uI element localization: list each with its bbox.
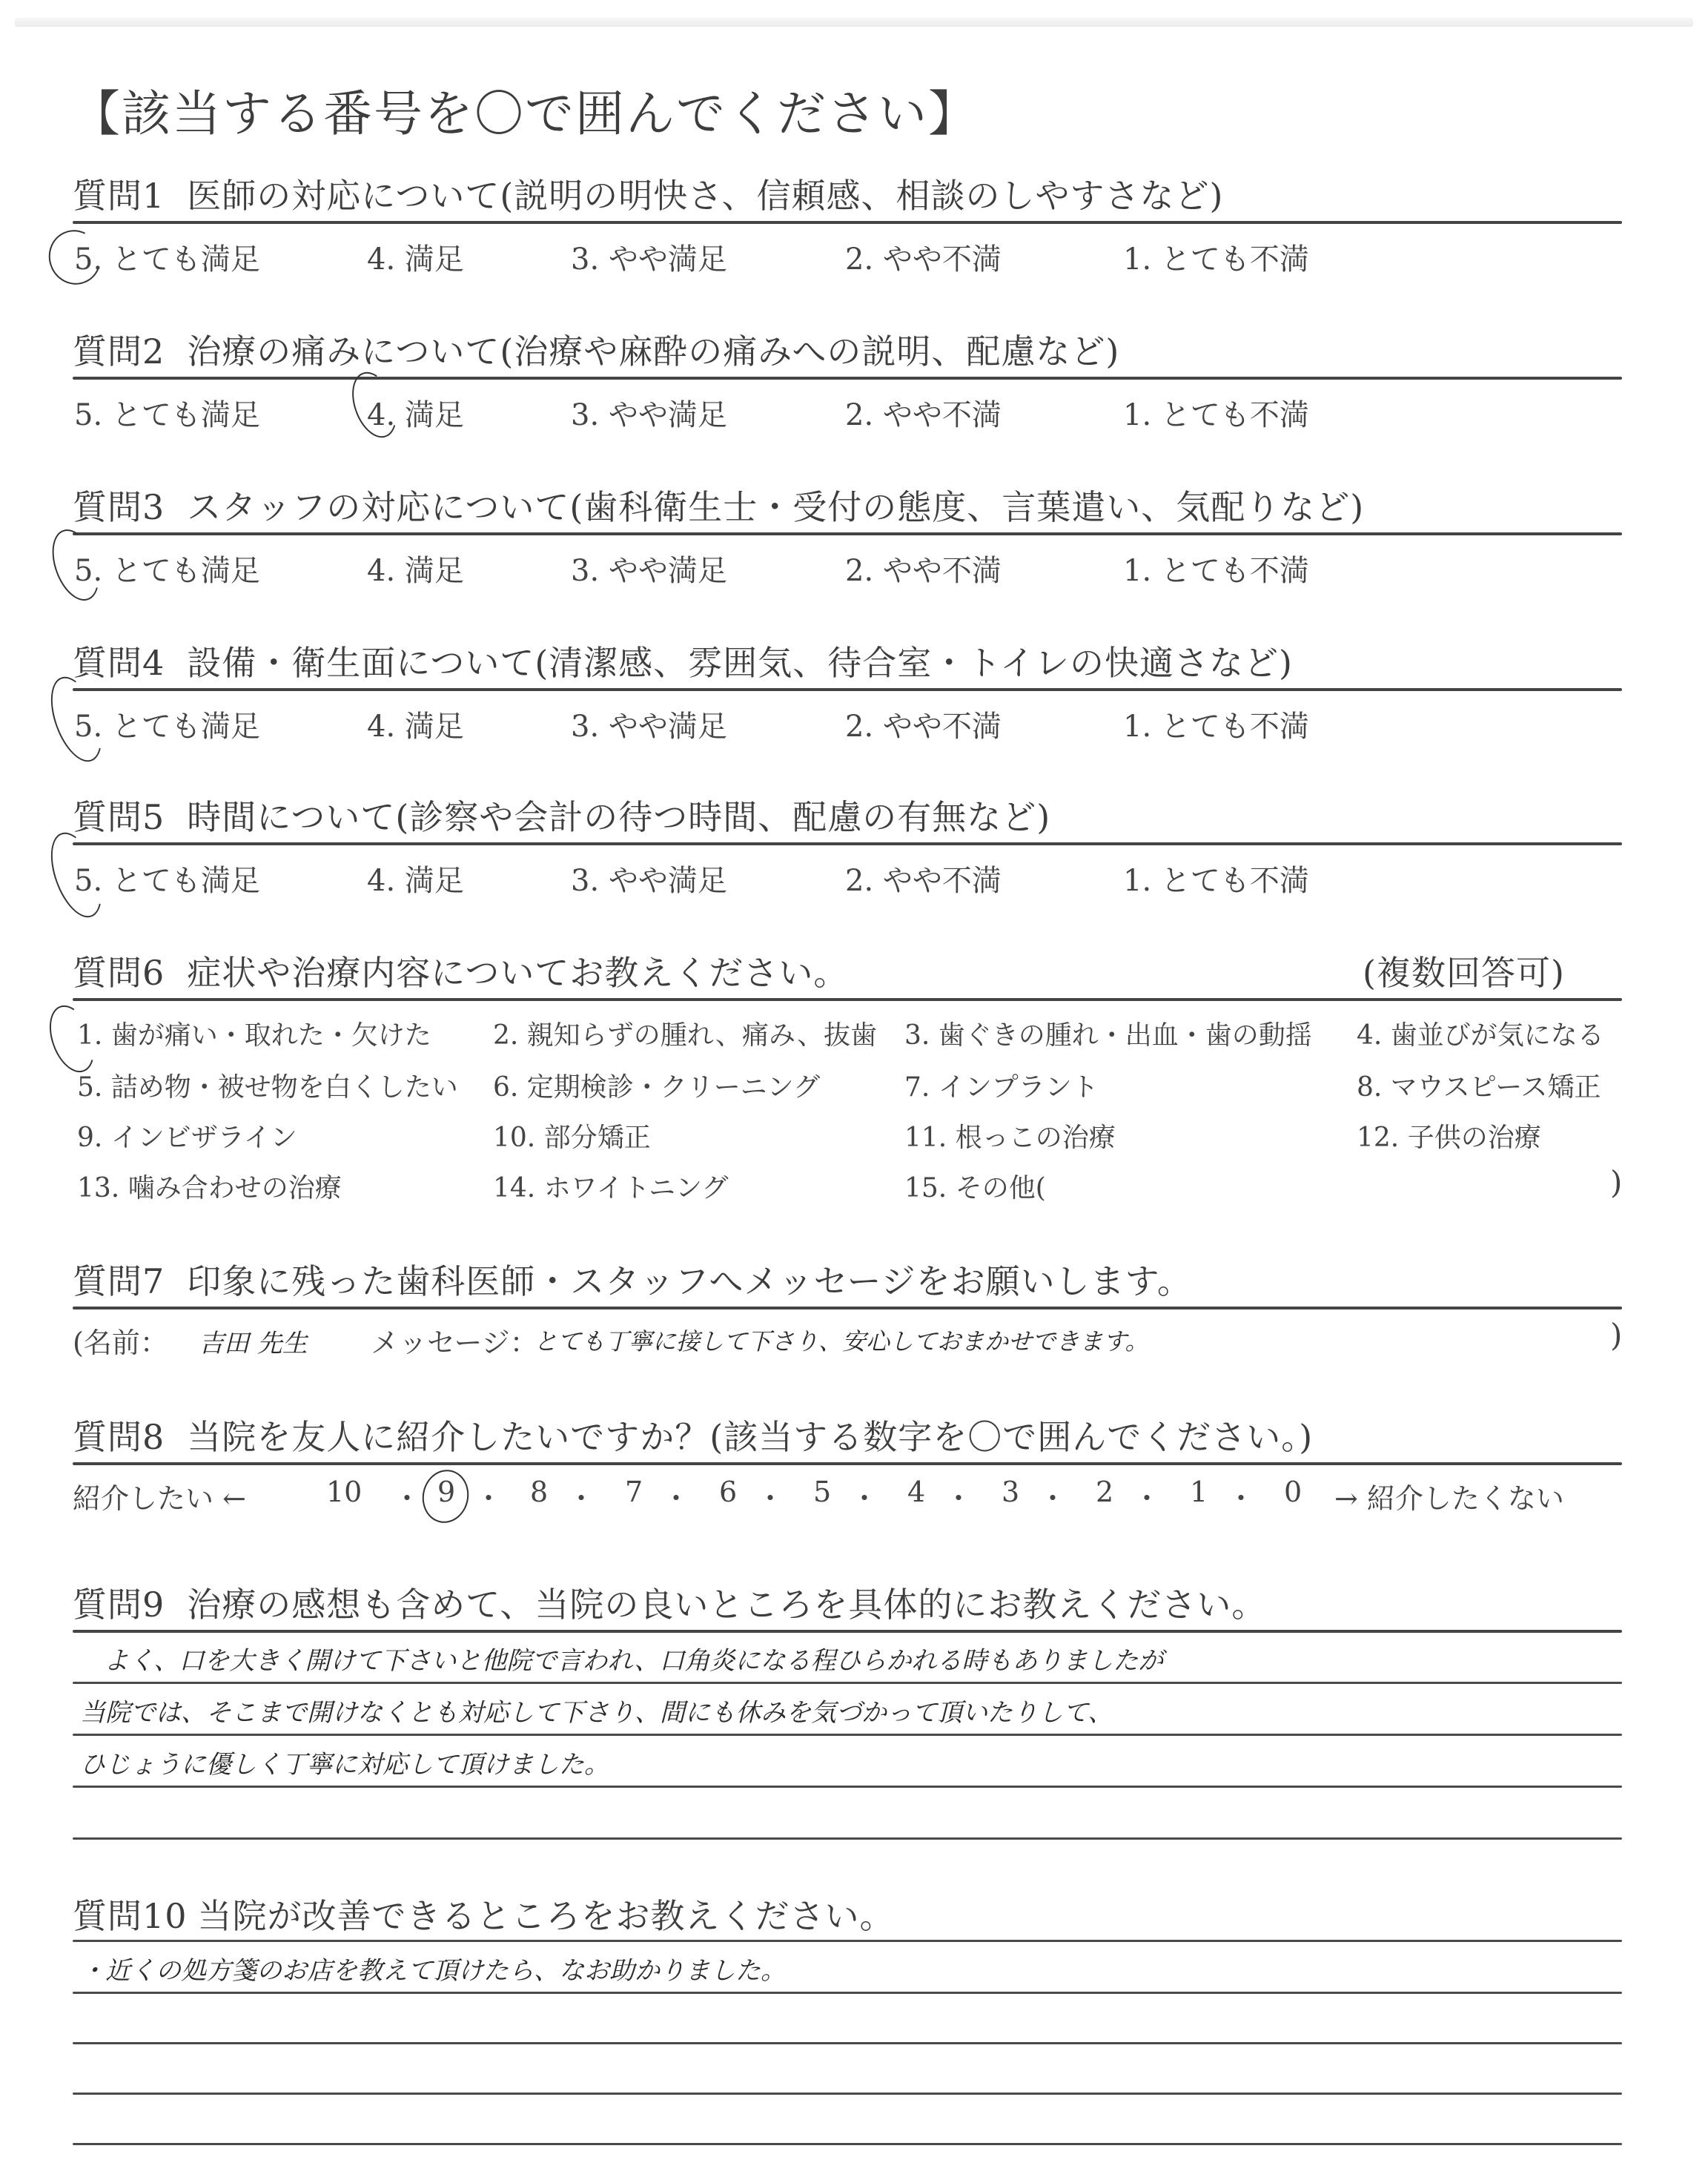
q6-option-6[interactable]: 6. 定期検診・クリーニング <box>493 1066 820 1104</box>
q6-heading: 質問6症状や治療内容についてお教えください。 <box>73 946 848 995</box>
q9-answer-rule <box>73 1682 1622 1684</box>
q1-option-2[interactable]: 2. やや不満 <box>845 236 1002 278</box>
q8-dot: ・ <box>1227 1476 1255 1516</box>
q8-dot: ・ <box>567 1476 595 1516</box>
q8-scale-6[interactable]: 6 <box>719 1476 737 1508</box>
q8-number: 質問8 <box>73 1417 165 1457</box>
q6-option-13[interactable]: 13. 噛み合わせの治療 <box>77 1167 342 1205</box>
q2-heading: 質問2治療の痛みについて(治療や麻酔の痛みへの説明、配慮など) <box>73 325 1119 374</box>
q3-text: スタッフの対応について(歯科衛生士・受付の態度、言葉遣い、気配りなど) <box>187 487 1364 527</box>
q5-option-5[interactable]: 5. とても満足 <box>74 857 260 899</box>
q6-option-2[interactable]: 2. 親知らずの腫れ、痛み、抜歯 <box>493 1014 877 1052</box>
q8-right-label: → 紹介したくない <box>1334 1476 1564 1516</box>
q8-left-label: 紹介したい ← <box>73 1476 246 1516</box>
q8-scale-8[interactable]: 8 <box>530 1476 548 1508</box>
q10-rule <box>73 1940 1622 1942</box>
q1-option-1[interactable]: 1. とても不満 <box>1123 236 1309 278</box>
q3-option-4[interactable]: 4. 満足 <box>367 547 464 589</box>
q8-dot: ・ <box>756 1476 784 1516</box>
q5-option-1[interactable]: 1. とても不満 <box>1123 857 1309 899</box>
q5-option-3[interactable]: 3. やや満足 <box>571 857 727 899</box>
q8-scale-3[interactable]: 3 <box>1002 1476 1019 1508</box>
q6-option-14[interactable]: 14. ホワイトニング <box>493 1167 728 1205</box>
q8-heading: 質問8当院を友人に紹介したいですか？(該当する数字を〇で囲んでください。) <box>73 1410 1313 1459</box>
q8-scale-1[interactable]: 1 <box>1190 1476 1208 1508</box>
q4-option-4[interactable]: 4. 満足 <box>367 703 464 745</box>
q6-option-10[interactable]: 10. 部分矯正 <box>493 1117 651 1155</box>
q1-selection-circle <box>41 222 108 291</box>
q4-option-1[interactable]: 1. とても不満 <box>1123 703 1309 745</box>
q2-number: 質問2 <box>73 331 165 371</box>
q10-answer-rule <box>73 2143 1622 2145</box>
q8-rule <box>73 1462 1622 1465</box>
q4-option-5[interactable]: 5. とても満足 <box>74 703 260 745</box>
q3-option-5[interactable]: 5. とても満足 <box>74 547 260 589</box>
q1-heading: 質問1医師の対応について(説明の明快さ、信頼感、相談のしやすさなど) <box>73 169 1223 218</box>
q1-rule <box>73 221 1622 224</box>
q4-text: 設備・衛生面について(清潔感、雰囲気、待合室・トイレの快適さなど) <box>187 643 1293 683</box>
q6-multiple-note: (複数回答可) <box>1363 946 1565 995</box>
q7-name-label: (名前： <box>73 1320 168 1361</box>
q3-number: 質問3 <box>73 487 165 527</box>
q2-text: 治療の痛みについて(治療や麻酔の痛みへの説明、配慮など) <box>187 331 1119 371</box>
q3-option-2[interactable]: 2. やや不満 <box>845 547 1002 589</box>
q6-option-4[interactable]: 4. 歯並びが気になる <box>1357 1014 1604 1052</box>
q6-option-11[interactable]: 11. 根っこの治療 <box>904 1117 1116 1155</box>
q10-answer-line-1[interactable]: ・近くの処方箋のお店を教えて頂けたら、なお助かりました。 <box>80 1950 786 1986</box>
q3-heading: 質問3スタッフの対応について(歯科衛生士・受付の態度、言葉遣い、気配りなど) <box>73 480 1364 529</box>
q1-option-5[interactable]: 5. とても満足 <box>74 236 260 278</box>
q7-rule <box>73 1307 1622 1309</box>
q9-heading: 質問9治療の感想も含めて、当院の良いところを具体的にお教えください。 <box>73 1578 1266 1627</box>
q8-selection-circle <box>417 1465 474 1527</box>
q10-answer-rule <box>73 1992 1622 1994</box>
q2-option-1[interactable]: 1. とても不満 <box>1123 392 1309 434</box>
q9-answer-rule <box>73 1837 1622 1840</box>
q1-text: 医師の対応について(説明の明快さ、信頼感、相談のしやすさなど) <box>187 176 1223 216</box>
q1-option-3[interactable]: 3. やや満足 <box>571 236 727 278</box>
q9-answer-rule <box>73 1786 1622 1788</box>
q6-rule <box>73 998 1622 1001</box>
q3-rule <box>73 532 1622 535</box>
q4-option-3[interactable]: 3. やや満足 <box>571 703 727 745</box>
q6-option-8[interactable]: 8. マウスピース矯正 <box>1357 1066 1601 1104</box>
q10-heading: 質問10当院が改善できるところをお教えください。 <box>73 1889 895 1938</box>
q9-rule <box>73 1630 1622 1633</box>
q9-answer-line-1[interactable]: よく、口を大きく開けて下さいと他院で言われ、口角炎になる程ひらかれる時もありまし… <box>104 1640 1163 1677</box>
q8-scale-0[interactable]: 0 <box>1284 1476 1302 1508</box>
q8-text: 当院を友人に紹介したいですか？(該当する数字を〇で囲んでください。) <box>187 1417 1313 1457</box>
q6-number: 質問6 <box>73 953 165 993</box>
q6-option-3[interactable]: 3. 歯ぐきの腫れ・出血・歯の動揺 <box>904 1014 1312 1052</box>
q5-rule <box>73 842 1622 845</box>
q3-option-3[interactable]: 3. やや満足 <box>571 547 727 589</box>
q5-number: 質問5 <box>73 797 165 837</box>
q2-option-2[interactable]: 2. やや不満 <box>845 392 1002 434</box>
q10-answer-rule <box>73 2093 1622 2095</box>
q5-heading: 質問5時間について(診察や会計の待つ時間、配慮の有無など) <box>73 790 1050 839</box>
q8-dot: ・ <box>662 1476 690 1516</box>
q2-option-3[interactable]: 3. やや満足 <box>571 392 727 434</box>
q4-rule <box>73 688 1622 691</box>
q4-option-2[interactable]: 2. やや不満 <box>845 703 1002 745</box>
q8-dot: ・ <box>850 1476 878 1516</box>
q9-answer-line-2[interactable]: 当院では、そこまで開けなくとも対応して下さり、間にも休みを気づかって頂いたりして… <box>80 1692 1113 1728</box>
q5-option-2[interactable]: 2. やや不満 <box>845 857 1002 899</box>
q3-option-1[interactable]: 1. とても不満 <box>1123 547 1309 589</box>
q8-scale-7[interactable]: 7 <box>625 1476 643 1508</box>
q6-option-1[interactable]: 1. 歯が痛い・取れた・欠けた <box>77 1014 431 1052</box>
q10-number: 質問10 <box>73 1896 188 1936</box>
q9-number: 質問9 <box>73 1585 165 1625</box>
q1-option-4[interactable]: 4. 満足 <box>367 236 464 278</box>
q1-number: 質問1 <box>73 176 165 216</box>
q8-dot: ・ <box>1133 1476 1161 1516</box>
q6-text: 症状や治療内容についてお教えください。 <box>187 953 848 993</box>
q7-name-value[interactable]: 吉田 先生 <box>199 1323 308 1359</box>
q7-message-value[interactable]: とても丁寧に接して下さり、安心しておまかせできます。 <box>534 1323 1148 1357</box>
q9-text: 治療の感想も含めて、当院の良いところを具体的にお教えください。 <box>187 1585 1266 1625</box>
q7-text: 印象に残った歯科医師・スタッフへメッセージをお願いします。 <box>187 1261 1192 1301</box>
q8-scale-5[interactable]: 5 <box>813 1476 831 1508</box>
q5-text: 時間について(診察や会計の待つ時間、配慮の有無など) <box>187 797 1050 837</box>
q9-answer-rule <box>73 1734 1622 1736</box>
q6-option-5[interactable]: 5. 詰め物・被せ物を白くしたい <box>77 1066 458 1104</box>
q9-answer-line-3[interactable]: ひじょうに優しく丁寧に対応して頂けました。 <box>80 1744 609 1780</box>
q7-message-label: メッセージ： <box>371 1320 538 1361</box>
q6-other-close-paren: ) <box>1610 1164 1622 1200</box>
q8-scale-4[interactable]: 4 <box>907 1476 925 1508</box>
q6-option-9[interactable]: 9. インビザライン <box>77 1117 297 1155</box>
q8-scale-10[interactable]: 10 <box>326 1476 362 1508</box>
q8-dot: ・ <box>944 1476 973 1516</box>
q10-answer-rule <box>73 2042 1622 2044</box>
q7-heading: 質問7印象に残った歯科医師・スタッフへメッセージをお願いします。 <box>73 1255 1192 1304</box>
q8-dot: ・ <box>393 1476 421 1516</box>
instruction-title: 【該当する番号を〇で囲んでください】 <box>71 74 979 145</box>
q8-scale-2[interactable]: 2 <box>1096 1476 1113 1508</box>
q6-option-12[interactable]: 12. 子供の治療 <box>1357 1117 1541 1155</box>
q8-dot: ・ <box>1039 1476 1067 1516</box>
q4-heading: 質問4設備・衛生面について(清潔感、雰囲気、待合室・トイレの快適さなど) <box>73 636 1293 685</box>
q5-option-4[interactable]: 4. 満足 <box>367 857 464 899</box>
q2-rule <box>73 377 1622 380</box>
scan-edge <box>15 18 1693 27</box>
q6-option-7[interactable]: 7. インプラント <box>904 1066 1099 1104</box>
q2-option-5[interactable]: 5. とても満足 <box>74 392 260 434</box>
q4-number: 質問4 <box>73 643 165 683</box>
q6-option-15[interactable]: 15. その他( <box>904 1167 1046 1205</box>
q8-dot: ・ <box>474 1476 503 1516</box>
q7-number: 質問7 <box>73 1261 165 1301</box>
q7-close-paren: ) <box>1610 1317 1622 1353</box>
q10-text: 当院が改善できるところをお教えください。 <box>198 1896 895 1936</box>
